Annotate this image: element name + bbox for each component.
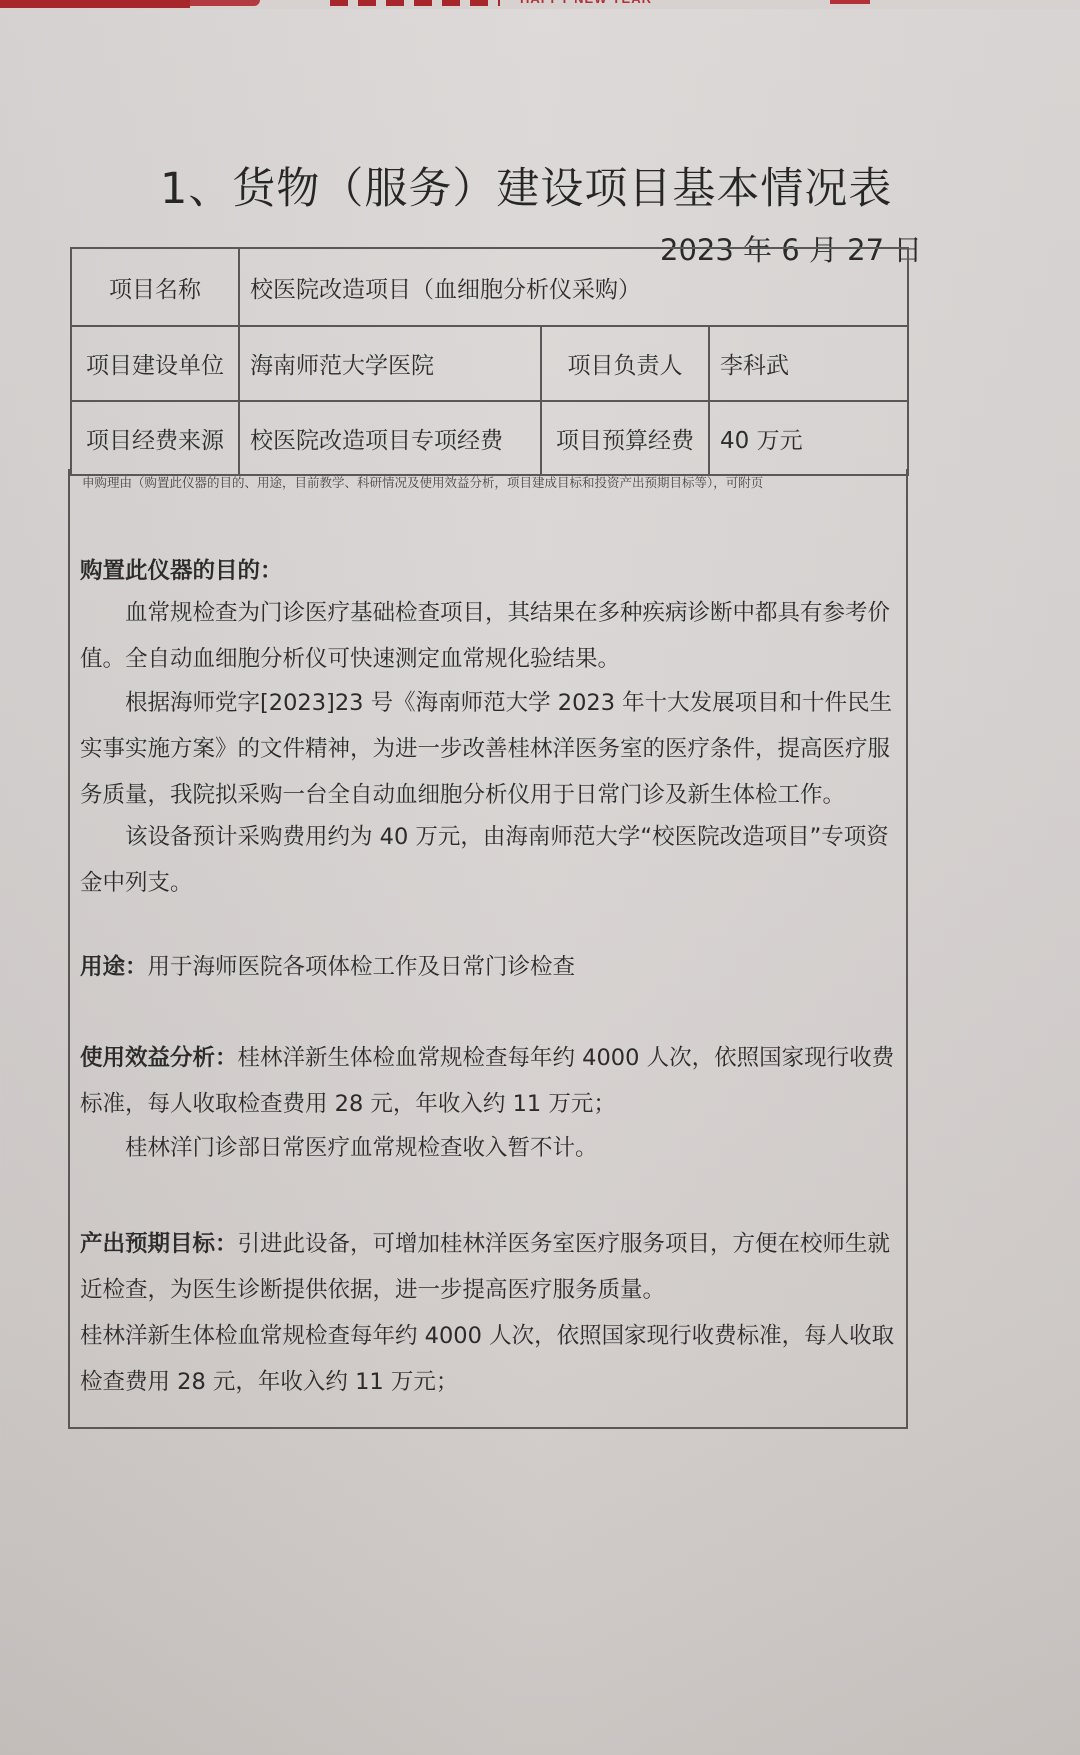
project-name-label: 项目名称 xyxy=(71,248,239,326)
usage-text: 用于海师医院各项体检工作及日常门诊检查 xyxy=(148,954,576,980)
table-row-funding: 项目经费来源 校医院改造项目专项经费 项目预算经费 40 万元 xyxy=(71,401,908,475)
purpose-heading-text: 购置此仪器的目的： xyxy=(80,558,283,584)
output-label: 产出预期目标： xyxy=(80,1231,238,1257)
document-title: 1、货物（服务）建设项目基本情况表 xyxy=(160,155,920,216)
banner-red-curve xyxy=(190,0,260,6)
unit-value: 海南师范大学医院 xyxy=(239,326,541,401)
banner-red-letters xyxy=(330,0,500,6)
purpose-paragraph-1: 血常规检查为门诊医疗基础检查项目，其结果在多种疾病诊断中都具有参考价值。全自动血… xyxy=(80,590,902,682)
banner-text: HAPPY NEW YEAR xyxy=(520,0,652,6)
benefit-label: 使用效益分析： xyxy=(80,1045,238,1071)
reason-hint: 申购理由（购置此仪器的目的、用途，目前教学、科研情况及使用效益分析，项目建成目标… xyxy=(82,473,763,491)
project-info-table: 项目名称 校医院改造项目（血细胞分析仪采购） 项目建设单位 海南师范大学医院 项… xyxy=(70,247,909,476)
purpose-heading: 购置此仪器的目的： xyxy=(80,548,902,594)
background-banner: HAPPY NEW YEAR xyxy=(0,0,1080,9)
usage-label: 用途： xyxy=(80,954,148,980)
output-detail: 桂林洋新生体检血常规检查每年约 4000 人次，依照国家现行收费标准，每人收取检… xyxy=(80,1313,902,1405)
table-row-project-name: 项目名称 校医院改造项目（血细胞分析仪采购） xyxy=(71,248,908,326)
benefit-paragraph: 使用效益分析：桂林洋新生体检血常规检查每年约 4000 人次，依照国家现行收费标… xyxy=(80,1035,902,1127)
banner-red-block xyxy=(0,0,190,8)
banner-red-mark xyxy=(830,0,870,4)
output-paragraph: 产出预期目标：引进此设备，可增加桂林洋医务室医疗服务项目，方便在校师生就近检查，… xyxy=(80,1221,902,1313)
funding-source-value: 校医院改造项目专项经费 xyxy=(239,401,541,475)
funding-source-label: 项目经费来源 xyxy=(71,401,239,475)
budget-label: 项目预算经费 xyxy=(541,401,709,475)
budget-value: 40 万元 xyxy=(709,401,908,475)
unit-label: 项目建设单位 xyxy=(71,326,239,401)
purchase-reason-section: 申购理由（购置此仪器的目的、用途，目前教学、科研情况及使用效益分析，项目建成目标… xyxy=(68,469,908,1429)
purpose-paragraph-2: 根据海师党字[2023]23 号《海南师范大学 2023 年十大发展项目和十件民… xyxy=(80,680,902,818)
benefit-note: 桂林洋门诊部日常医疗血常规检查收入暂不计。 xyxy=(80,1125,902,1171)
project-name-value: 校医院改造项目（血细胞分析仪采购） xyxy=(239,248,908,326)
leader-value: 李科武 xyxy=(709,326,908,401)
leader-label: 项目负责人 xyxy=(541,326,709,401)
purpose-paragraph-3: 该设备预计采购费用约为 40 万元，由海南师范大学“校医院改造项目”专项资金中列… xyxy=(80,814,902,906)
table-row-unit: 项目建设单位 海南师范大学医院 项目负责人 李科武 xyxy=(71,326,908,401)
usage-paragraph: 用途：用于海师医院各项体检工作及日常门诊检查 xyxy=(80,944,902,990)
